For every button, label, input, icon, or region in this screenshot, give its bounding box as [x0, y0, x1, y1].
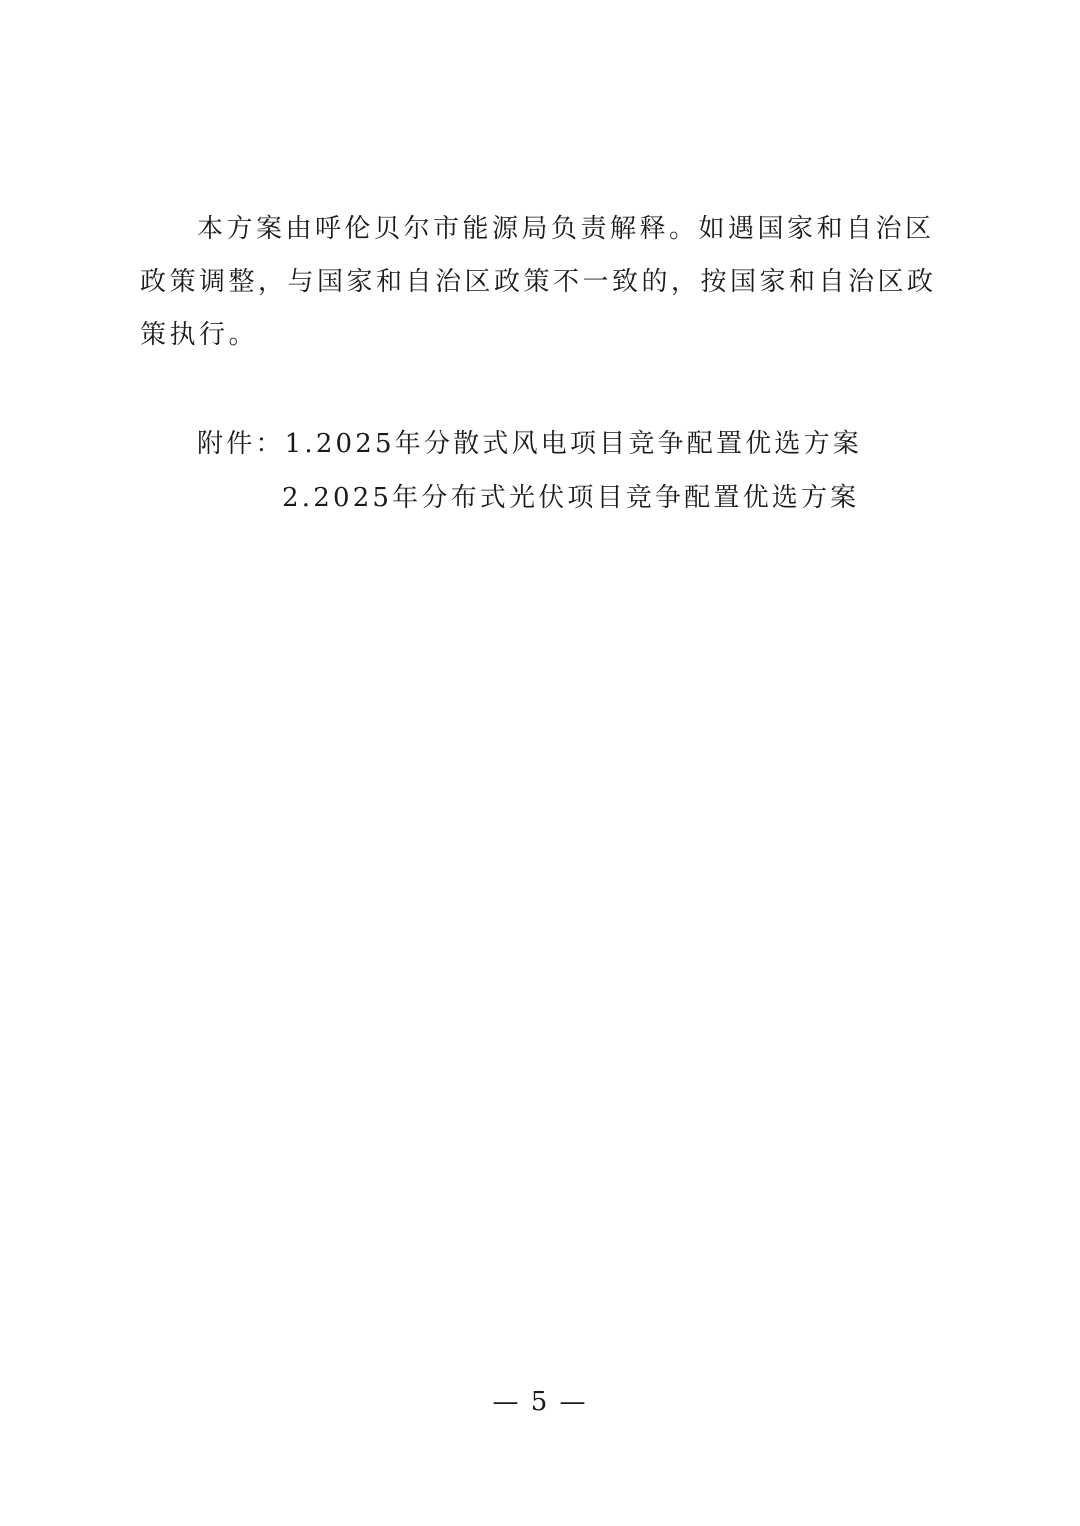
attachment-item-2: 2.2025年分布式光伏项目竞争配置优选方案	[282, 483, 859, 513]
attachments-label: 附件：	[197, 429, 285, 459]
document-page: 本方案由呼伦贝尔市能源局负责解释。如遇国家和自治区政策调整，与国家和自治区政策不…	[0, 0, 1080, 1526]
attachment-line-2: 2.2025年分布式光伏项目竞争配置优选方案	[282, 482, 859, 514]
page-number: — 5 —	[0, 1386, 1080, 1418]
interpretation-paragraph: 本方案由呼伦贝尔市能源局负责解释。如遇国家和自治区政策调整，与国家和自治区政策不…	[140, 203, 950, 362]
attachment-line-1: 附件：1.2025年分散式风电项目竞争配置优选方案	[197, 428, 862, 460]
attachment-item-1: 1.2025年分散式风电项目竞争配置优选方案	[285, 429, 862, 459]
